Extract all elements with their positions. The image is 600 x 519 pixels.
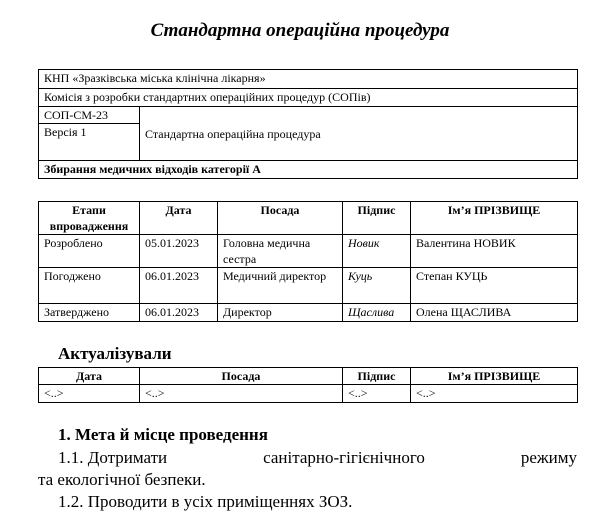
p1-line-2: та екологічної безпеки. [38,469,577,491]
position: <..> [140,385,343,403]
col-header-name: Ім’я ПРІЗВИЩЕ [411,202,578,235]
table-row: <..> <..> <..> <..> [39,385,578,403]
date: <..> [39,385,140,403]
full-name: Валентина НОВИК [411,235,578,268]
col-header-position: Посада [218,202,343,235]
stage: Затверджено [39,304,140,322]
col-header-name: Ім’я ПРІЗВИЩЕ [411,368,578,385]
document-title: Стандартна операційна процедура [0,20,600,42]
signature: Новик [343,235,411,268]
p1-word-2: санітарно-гігієнічного [263,447,425,469]
institution-name: КНП «Зразківська міська клінічна лікарня… [39,70,578,89]
position: Директор [218,304,343,322]
table-row: Розроблено 05.01.2023 Головна медична се… [39,235,578,268]
doc-type: Стандартна операційна процедура [140,107,578,161]
date: 05.01.2023 [140,235,218,268]
updates-heading: Актуалізували [58,344,172,364]
paragraph-1-2: 1.2. Проводити в усіх приміщеннях ЗОЗ. [58,491,352,513]
stage: Розроблено [39,235,140,268]
date: 06.01.2023 [140,268,218,304]
col-header-date: Дата [39,368,140,385]
date: 06.01.2023 [140,304,218,322]
updates-table: Дата Посада Підпис Ім’я ПРІЗВИЩЕ <..> <.… [38,367,578,403]
full-name: Олена ЩАСЛИВА [411,304,578,322]
table-row: Затверджено 06.01.2023 Директор Щаслива … [39,304,578,322]
col-header-signature: Підпис [343,202,411,235]
col-header-date: Дата [140,202,218,235]
signature: Щаслива [343,304,411,322]
col-header-position: Посада [140,368,343,385]
commission-name: Комісія з розробки стандартних операційн… [39,89,578,107]
approval-table: Етапи впровадження Дата Посада Підпис Ім… [38,201,578,322]
position: Головна медична сестра [218,235,343,268]
signature: <..> [343,385,411,403]
full-name: Степан КУЦЬ [411,268,578,304]
version: Версія 1 [39,124,140,161]
signature: Куць [343,268,411,304]
sop-subject: Збирання медичних відходів категорії А [39,161,578,179]
col-header-stage: Етапи впровадження [39,202,140,235]
sop-code: СОП-СМ-23 [39,107,140,124]
p1-word-1: 1.1. Дотримати [58,447,167,469]
p1-word-3: режиму [521,447,577,469]
position: Медичний директор [218,268,343,304]
stage: Погоджено [39,268,140,304]
section-heading: 1. Мета й місце проведення [58,425,268,445]
header-table: КНП «Зразківська міська клінічна лікарня… [38,69,578,179]
full-name: <..> [411,385,578,403]
paragraph-1-1: 1.1. Дотримати санітарно-гігієнічного ре… [38,447,577,491]
col-header-signature: Підпис [343,368,411,385]
table-row: Погоджено 06.01.2023 Медичний директор К… [39,268,578,304]
